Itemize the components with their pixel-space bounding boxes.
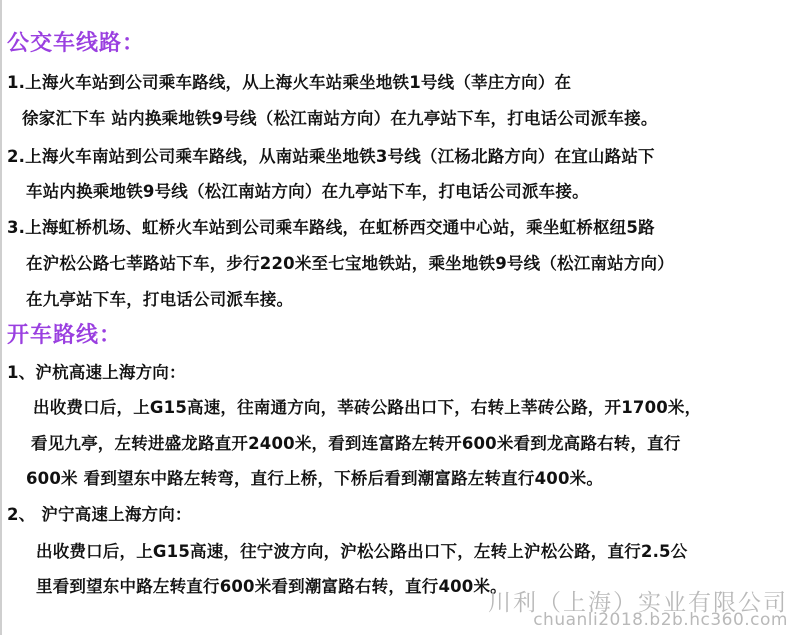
bus-route-2-line-2: 车站内换乘地铁9号线（松江南站方向）在九亭站下车，打电话公司派车接。: [26, 178, 589, 202]
bus-route-3-line-2: 在沪松公路七莘路站下车，步行220米至七宝地铁站，乘坐地铁9号线（松江南站方向）: [26, 250, 674, 274]
drive-route-1-line-1: 出收费口后，上G15高速，往南通方向，莘砖公路出口下，右转上莘砖公路，开1700…: [33, 394, 701, 418]
bus-route-3-line-1: 3.上海虹桥机场、虹桥火车站到公司乘车路线，在虹桥西交通中心站，乘坐虹桥枢纽5路: [7, 214, 655, 238]
drive-route-2-title: 2、 沪宁高速上海方向：: [7, 501, 192, 525]
drive-route-2-line-2: 里看到望东中路左转直行600米看到潮富路右转，直行400米。: [36, 573, 507, 597]
bus-routes-heading: 公交车线路：: [7, 26, 145, 57]
driving-routes-heading: 开车路线：: [7, 318, 122, 349]
bus-route-2-line-1: 2.上海火车南站到公司乘车路线，从南站乘坐地铁3号线（江杨北路方向）在宜山路站下: [7, 143, 655, 167]
drive-route-1-line-2: 看见九亭，左转进盛龙路直开2400米，看到连富路左转开600米看到龙高路右转，直…: [31, 430, 681, 454]
bus-route-1-line-2: 徐家汇下车 站内换乘地铁9号线（松江南站方向）在九亭站下车，打电话公司派车接。: [22, 105, 658, 129]
drive-route-2-line-1: 出收费口后，上G15高速，往宁波方向，沪松公路出口下，左转上沪松公路，直行2.5…: [36, 538, 687, 562]
left-border: [0, 0, 2, 635]
bus-route-3-line-3: 在九亭站下车，打电话公司派车接。: [26, 286, 293, 310]
drive-route-1-line-3: 600米 看到望东中路左转弯，直行上桥，下桥后看到潮富路左转直行400米。: [26, 465, 603, 489]
drive-route-1-title: 1、沪杭高速上海方向：: [7, 359, 186, 383]
watermark-url: chuanli2018.b2b.hc360.com: [533, 610, 788, 630]
bus-route-1-line-1: 1.上海火车站到公司乘车路线，从上海火车站乘坐地铁1号线（莘庄方向）在: [7, 69, 571, 93]
